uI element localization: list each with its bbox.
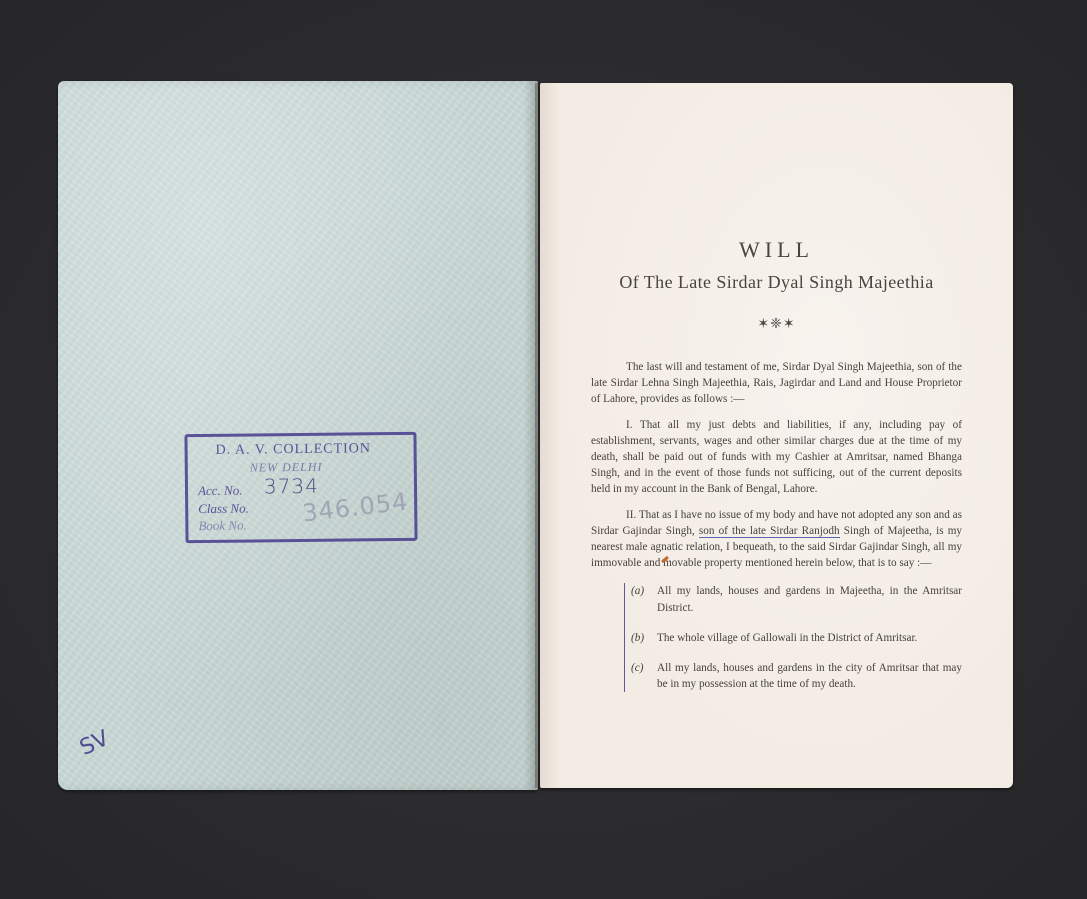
handwritten-mark: SV — [76, 726, 113, 761]
ornament-icon: ✶❈✶ — [540, 316, 1013, 333]
list-item: (b) The whole village of Gallowali in th… — [631, 630, 962, 646]
stamp-class-label: Class No. — [198, 501, 249, 518]
document-subtitle: Of The Late Sirdar Dyal Singh Majeethia — [540, 272, 1013, 293]
list-item: (a) All my lands, houses and gardens in … — [631, 583, 962, 615]
item-text: The whole village of Gallowali in the Di… — [657, 630, 962, 646]
clause-2-underlined-text: son of the late Sirdar Ranjodh — [699, 525, 840, 538]
library-stamp: D. A. V. COLLECTION NEW DELHI Acc. No. 3… — [184, 432, 417, 543]
stamp-acc-label: Acc. No. — [198, 483, 243, 499]
left-page-cover: D. A. V. COLLECTION NEW DELHI Acc. No. 3… — [58, 81, 538, 790]
document-title: WILL — [540, 237, 1013, 263]
clause-2-paragraph: II. That as I have no issue of my body a… — [591, 507, 962, 572]
stamp-book-label: Book No. — [198, 518, 247, 535]
item-label: (a) — [631, 583, 657, 615]
item-text: All my lands, houses and gardens in the … — [657, 660, 962, 692]
list-item: (c) All my lands, houses and gardens in … — [631, 660, 962, 692]
right-page-will: WILL Of The Late Sirdar Dyal Singh Majee… — [540, 83, 1013, 788]
bequest-list: (a) All my lands, houses and gardens in … — [624, 583, 962, 692]
item-label: (c) — [631, 660, 657, 692]
item-text: All my lands, houses and gardens in Maje… — [657, 583, 962, 615]
clause-1-paragraph: I. That all my just debts and liabilitie… — [591, 417, 962, 498]
intro-paragraph: The last will and testament of me, Sirda… — [591, 359, 962, 408]
will-body: The last will and testament of me, Sirda… — [591, 359, 962, 706]
stamp-heading: D. A. V. COLLECTION — [216, 441, 372, 459]
stamp-acc-value: 3734 — [264, 474, 319, 499]
open-booklet: D. A. V. COLLECTION NEW DELHI Acc. No. 3… — [0, 0, 1087, 899]
item-label: (b) — [631, 630, 657, 646]
